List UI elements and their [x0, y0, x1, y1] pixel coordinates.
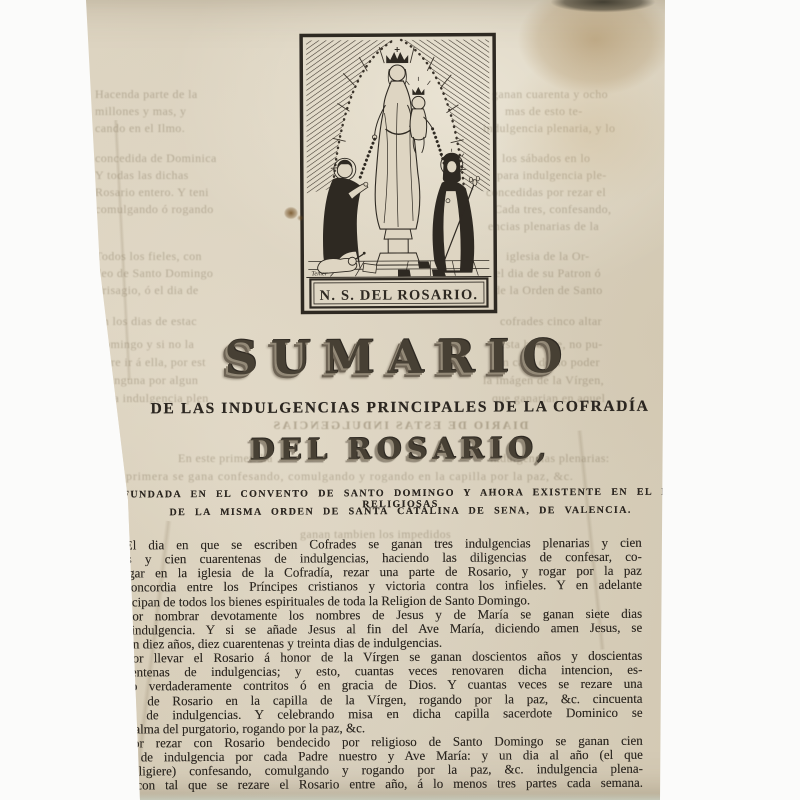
secondary-title: DEL ROSARIO, — [130, 431, 670, 468]
book — [363, 263, 377, 273]
ink-spot — [296, 214, 305, 222]
rosary-chain-left — [359, 139, 375, 181]
pedestal — [376, 229, 420, 265]
page-bottom-edge — [90, 793, 670, 800]
body-line: y concordia entre los Príncipes cristian… — [108, 578, 642, 595]
body-line: años de indulgencias. Y celebrando misa … — [109, 705, 643, 722]
tan-stain — [468, 26, 712, 236]
rosary-woodcut-engraving: Temer N. S. DEL ROSARIO. — [299, 32, 497, 314]
engraver-signature: Temer — [311, 270, 328, 277]
founding-line-2: DE LA MISMA ORDEN DE SANTA CATALINA DE S… — [111, 504, 691, 518]
printed-content: Temer N. S. DEL ROSARIO. SUMARIO DE LAS … — [0, 0, 800, 800]
paper-sheet: Hacenda parte de la ganan cuarenta y och… — [0, 0, 800, 800]
document-photo: Hacenda parte de la ganan cuarenta y och… — [0, 0, 800, 800]
body-text: El dia en que se escriben Cofrades se ga… — [108, 536, 643, 793]
subtitle: DE LAS INDULGENCIAS PRINCIPALES DE LA CO… — [130, 398, 670, 419]
body-line: ria; con tal que se rezare el Rosario en… — [109, 776, 643, 793]
engraving-caption: N. S. DEL ROSARIO. — [320, 287, 479, 304]
body-line: de indulgencia. Y si se añade Jesus al f… — [108, 621, 642, 638]
main-title: SUMARIO — [130, 330, 670, 385]
